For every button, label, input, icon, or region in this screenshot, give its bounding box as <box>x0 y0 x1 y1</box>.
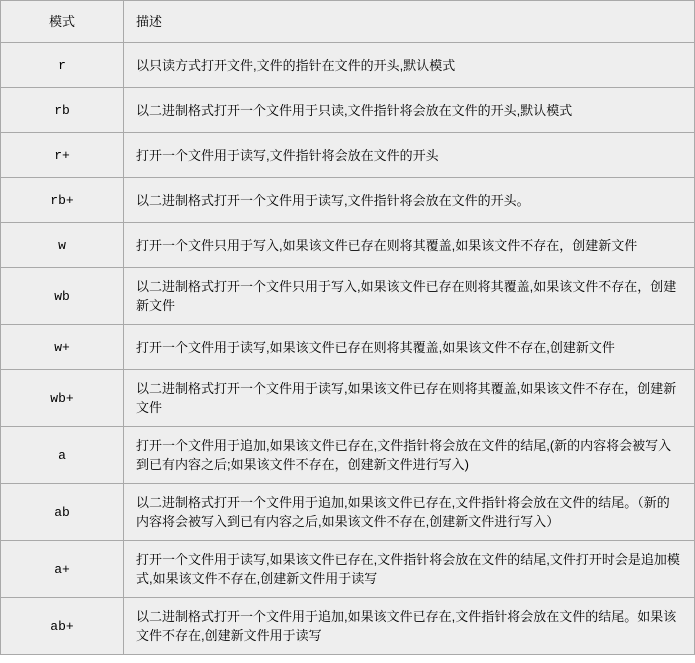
mode-cell: wb <box>1 268 124 325</box>
table-row: r以只读方式打开文件,文件的指针在文件的开头,默认模式 <box>1 43 695 88</box>
mode-cell: w <box>1 223 124 268</box>
description-cell: 以二进制格式打开一个文件用于只读,文件指针将会放在文件的开头,默认模式 <box>124 88 695 133</box>
file-modes-table: 模式 描述 r以只读方式打开文件,文件的指针在文件的开头,默认模式rb以二进制格… <box>0 0 695 655</box>
table-row: w打开一个文件只用于写入,如果该文件已存在则将其覆盖,如果该文件不存在，创建新文… <box>1 223 695 268</box>
description-cell: 打开一个文件用于读写,如果该文件已存在则将其覆盖,如果该文件不存在,创建新文件 <box>124 325 695 370</box>
mode-cell: wb+ <box>1 370 124 427</box>
description-cell: 以二进制格式打开一个文件只用于写入,如果该文件已存在则将其覆盖,如果该文件不存在… <box>124 268 695 325</box>
table-row: rb以二进制格式打开一个文件用于只读,文件指针将会放在文件的开头,默认模式 <box>1 88 695 133</box>
table-row: a+打开一个文件用于读写,如果该文件已存在,文件指针将会放在文件的结尾,文件打开… <box>1 541 695 598</box>
table-row: rb+以二进制格式打开一个文件用于读写,文件指针将会放在文件的开头。 <box>1 178 695 223</box>
description-cell: 以只读方式打开文件,文件的指针在文件的开头,默认模式 <box>124 43 695 88</box>
table-body: r以只读方式打开文件,文件的指针在文件的开头,默认模式rb以二进制格式打开一个文… <box>1 43 695 655</box>
description-cell: 打开一个文件只用于写入,如果该文件已存在则将其覆盖,如果该文件不存在，创建新文件 <box>124 223 695 268</box>
mode-cell: ab <box>1 484 124 541</box>
mode-cell: w+ <box>1 325 124 370</box>
table-row: ab以二进制格式打开一个文件用于追加,如果该文件已存在,文件指针将会放在文件的结… <box>1 484 695 541</box>
column-header-description: 描述 <box>124 1 695 43</box>
mode-cell: a <box>1 427 124 484</box>
description-cell: 打开一个文件用于追加,如果该文件已存在,文件指针将会放在文件的结尾,(新的内容将… <box>124 427 695 484</box>
table-row: wb以二进制格式打开一个文件只用于写入,如果该文件已存在则将其覆盖,如果该文件不… <box>1 268 695 325</box>
mode-cell: rb <box>1 88 124 133</box>
mode-cell: r+ <box>1 133 124 178</box>
description-cell: 以二进制格式打开一个文件用于追加,如果该文件已存在,文件指针将会放在文件的结尾。… <box>124 598 695 655</box>
table-row: a打开一个文件用于追加,如果该文件已存在,文件指针将会放在文件的结尾,(新的内容… <box>1 427 695 484</box>
description-cell: 以二进制格式打开一个文件用于读写,如果该文件已存在则将其覆盖,如果该文件不存在，… <box>124 370 695 427</box>
description-cell: 打开一个文件用于读写,如果该文件已存在,文件指针将会放在文件的结尾,文件打开时会… <box>124 541 695 598</box>
table-row: r+打开一个文件用于读写,文件指针将会放在文件的开头 <box>1 133 695 178</box>
column-header-mode: 模式 <box>1 1 124 43</box>
table-row: wb+以二进制格式打开一个文件用于读写,如果该文件已存在则将其覆盖,如果该文件不… <box>1 370 695 427</box>
mode-cell: ab+ <box>1 598 124 655</box>
description-cell: 以二进制格式打开一个文件用于追加,如果该文件已存在,文件指针将会放在文件的结尾。… <box>124 484 695 541</box>
mode-cell: rb+ <box>1 178 124 223</box>
description-cell: 打开一个文件用于读写,文件指针将会放在文件的开头 <box>124 133 695 178</box>
description-cell: 以二进制格式打开一个文件用于读写,文件指针将会放在文件的开头。 <box>124 178 695 223</box>
page: 模式 描述 r以只读方式打开文件,文件的指针在文件的开头,默认模式rb以二进制格… <box>0 0 695 663</box>
header-row: 模式 描述 <box>1 1 695 43</box>
mode-cell: a+ <box>1 541 124 598</box>
mode-cell: r <box>1 43 124 88</box>
table-row: w+打开一个文件用于读写,如果该文件已存在则将其覆盖,如果该文件不存在,创建新文… <box>1 325 695 370</box>
table-row: ab+以二进制格式打开一个文件用于追加,如果该文件已存在,文件指针将会放在文件的… <box>1 598 695 655</box>
